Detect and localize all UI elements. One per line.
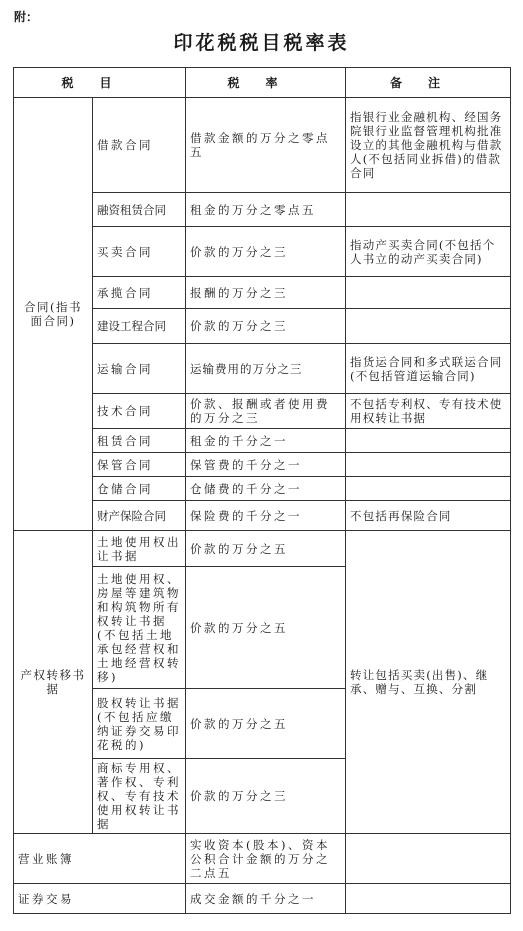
note-cell: 不包括专利权、专有技术使用权转让书据 [346, 394, 511, 429]
rate-cell: 价款的万分之五 [186, 567, 346, 689]
rate-cell: 价款的万分之五 [186, 531, 346, 567]
item-cell: 仓储合同 [93, 477, 186, 501]
table-row: 产权转移书据 土地使用权出让书据 价款的万分之五 转让包括买卖(出售)、继承、赠… [14, 531, 511, 567]
rate-cell: 保管费的千分之一 [186, 453, 346, 477]
rate-cell: 价款的万分之五 [186, 689, 346, 759]
header-tax-rate: 税率 [186, 68, 346, 98]
note-cell [346, 429, 511, 453]
rate-cell: 实收资本(股本)、资本公积合计金额的万分之二点五 [186, 834, 346, 884]
note-cell [346, 277, 511, 309]
note-cell [346, 193, 511, 227]
note-cell: 指银行业金融机构、经国务院银行业监督管理机构批准设立的其他金融机构与借款人(不包… [346, 98, 511, 193]
item-cell: 商标专用权、著作权、专利权、专有技术使用权转让书据 [93, 759, 186, 834]
item-cell: 技术合同 [93, 394, 186, 429]
rate-cell: 价款的万分之三 [186, 227, 346, 277]
stamp-tax-rate-table: 税目 税率 备注 合同(指书面合同) 借款合同 借款金额的万分之零点五 指银行业… [13, 67, 511, 914]
item-cell: 建设工程合同 [93, 309, 186, 344]
item-cell: 保管合同 [93, 453, 186, 477]
note-cell [346, 453, 511, 477]
rate-cell: 价款的万分之三 [186, 309, 346, 344]
item-cell: 租赁合同 [93, 429, 186, 453]
document-title: 印花税税目税率表 [0, 28, 523, 55]
table-header-row: 税目 税率 备注 [14, 68, 511, 98]
note-cell [346, 477, 511, 501]
rate-cell: 成交金额的千分之一 [186, 884, 346, 914]
item-cell: 股权转让书据(不包括应缴纳证券交易印花税的) [93, 689, 186, 759]
rate-cell: 仓储费的千分之一 [186, 477, 346, 501]
item-cell: 承揽合同 [93, 277, 186, 309]
note-cell [346, 834, 511, 884]
rate-cell: 报酬的万分之三 [186, 277, 346, 309]
category-property-transfer: 产权转移书据 [14, 531, 93, 834]
attachment-label: 附： [14, 8, 38, 25]
item-cell: 证券交易 [14, 884, 186, 914]
note-cell: 指动产买卖合同(不包括个人书立的动产买卖合同) [346, 227, 511, 277]
item-cell: 运输合同 [93, 344, 186, 394]
rate-cell: 租金的千分之一 [186, 429, 346, 453]
table-row: 营业账簿 实收资本(股本)、资本公积合计金额的万分之二点五 [14, 834, 511, 884]
shared-note-cell: 转让包括买卖(出售)、继承、赠与、互换、分割 [346, 531, 511, 834]
rate-cell: 借款金额的万分之零点五 [186, 98, 346, 193]
rate-cell: 保险费的千分之一 [186, 501, 346, 531]
rate-cell: 租金的万分之零点五 [186, 193, 346, 227]
item-cell: 土地使用权、房屋等建筑物和构筑物所有权转让书据(不包括土地承包经营权和土地经营权… [93, 567, 186, 689]
item-cell: 财产保险合同 [93, 501, 186, 531]
note-cell [346, 884, 511, 914]
item-cell: 土地使用权出让书据 [93, 531, 186, 567]
item-cell: 融资租赁合同 [93, 193, 186, 227]
header-remarks: 备注 [346, 68, 511, 98]
item-cell: 买卖合同 [93, 227, 186, 277]
rate-cell: 价款、报酬或者使用费的万分之三 [186, 394, 346, 429]
item-cell: 借款合同 [93, 98, 186, 193]
rate-cell: 运输费用的万分之三 [186, 344, 346, 394]
rate-cell: 价款的万分之三 [186, 759, 346, 834]
note-cell: 指货运合同和多式联运合同(不包括管道运输合同) [346, 344, 511, 394]
header-tax-item: 税目 [14, 68, 186, 98]
item-cell: 营业账簿 [14, 834, 186, 884]
table-row: 合同(指书面合同) 借款合同 借款金额的万分之零点五 指银行业金融机构、经国务院… [14, 98, 511, 193]
note-cell: 不包括再保险合同 [346, 501, 511, 531]
table-row: 证券交易 成交金额的千分之一 [14, 884, 511, 914]
note-cell [346, 309, 511, 344]
category-contracts: 合同(指书面合同) [14, 98, 93, 531]
